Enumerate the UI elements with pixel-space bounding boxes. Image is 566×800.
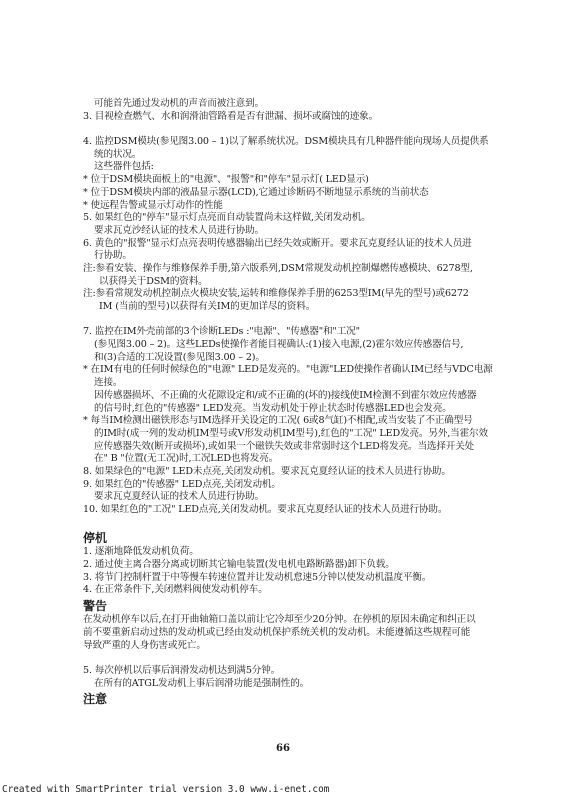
list-item-4: 4. 监控DSM模块(参见图3.00 – 1)以了解系统状况。DSM模块具有几种… (83, 136, 503, 149)
spacer (83, 517, 503, 530)
spacer (83, 123, 503, 136)
bullet-item: * 在IM有电的任何时候绿色的"电源" LED是发亮的。"电源"LED使操作者确… (83, 364, 503, 377)
shutdown-step-3: 3. 将节门控制杆置于中等慢车转速位置并让发动机怠速5分钟以使发动机温度平衡。 (83, 572, 503, 585)
paragraph-line: 连接。 (83, 377, 503, 390)
spacer (83, 652, 503, 665)
list-item-5: 5. 如果红色的"停车"显示灯点亮而自动装置尚未这样做,关闭发动机。 (83, 212, 503, 225)
watermark-footer: Created with SmartPrinter trial version … (2, 784, 329, 795)
note-line: 注:参看安装、操作与维修保养手册,第六版系列,DSM常规发动机控制爆燃传感模块、… (83, 263, 503, 276)
section-heading-shutdown: 停机 (83, 531, 503, 546)
page-number: 66 (0, 743, 566, 754)
paragraph-line: 要求瓦克沙经认证的技术人员进行协助。 (83, 225, 503, 238)
paragraph-line: 可能首先通过发动机的声音而被注意到。 (83, 98, 503, 111)
paragraph-line: 应传感器失效(断开或损坏),或如果一个磁铁失效或非常弱时这个LED将发亮。当选择… (83, 441, 503, 454)
note-continuation: 以获得关于DSM的资料。 (83, 276, 503, 289)
note-line: 注:参看常规发动机控制点火模块安装,运转和维修保养手册的6253型IM(早先的型… (83, 288, 503, 301)
note-continuation: IM (当前的型号)以获得有关IM的更加详尽的资料。 (83, 301, 503, 314)
list-item-8: 8. 如果绿色的"电源" LED未点亮,关闭发动机。要求瓦克夏经认证的技术人员进… (83, 466, 503, 479)
paragraph-line: 因传感器损坏、不正确的火花隙设定和/或不正确的(坏的)接线使IM检测不到霍尔效应… (83, 390, 503, 403)
shutdown-step-2: 2. 通过使主离合器分离或切断其它输电装置(发电机电路断路器)卸下负载。 (83, 559, 503, 572)
document-page: 可能首先通过发动机的声音而被注意到。 3. 目视检查燃气、水和润滑油管路看是否有… (83, 98, 503, 707)
bullet-item: * 位于DSM模块内部的液晶显示器(LCD),它通过诊断码不断地显示系统的当前状… (83, 187, 503, 200)
list-item-3: 3. 目视检查燃气、水和润滑油管路看是否有泄漏、损坏或腐蚀的迹象。 (83, 111, 503, 124)
bullet-item: * 位于DSM模块面板上的"电源"、"报警"和"停车"显示灯( LED显示) (83, 174, 503, 187)
spacer (83, 314, 503, 327)
paragraph-line: 和(3)合适的工况设置(参见图3.00 – 2)。 (83, 352, 503, 365)
list-item-7: 7. 监控在IM外壳前部的3个诊断LEDs :"电源"、"传感器"和"工况" (83, 326, 503, 339)
list-item-10: 10. 如果红色的"工况" LED点亮,关闭发动机。要求瓦克夏经认证的技术人员进… (83, 504, 503, 517)
warning-line: 导致严重的人身伤害或死亡。 (83, 640, 503, 653)
bullet-item: * 使远程告警或显示灯动作的性能 (83, 200, 503, 213)
list-item-9: 9. 如果红色的"传感器" LED点亮,关闭发动机。 (83, 479, 503, 492)
shutdown-step-1: 1. 逐渐地降低发动机负荷。 (83, 546, 503, 559)
paragraph-line: 在所有的ATGL发动机上事后润滑功能是强制性的。 (83, 678, 503, 691)
section-heading-caution: 注意 (83, 692, 503, 707)
paragraph-line: 行协助。 (83, 250, 503, 263)
paragraph-line: 在" B "位置(无工况)时,工况LED也将发亮。 (83, 453, 503, 466)
paragraph-line: 这些器件包括: (83, 161, 503, 174)
paragraph-line: (参见图3.00 – 2)。这些LEDs使操作者能目视确认:(1)接入电源,(2… (83, 339, 503, 352)
shutdown-step-5: 5. 每次停机以后事后润滑发动机达到满5分钟。 (83, 665, 503, 678)
shutdown-step-4: 4. 在正常条件下,关闭燃料阀使发动机停车。 (83, 584, 503, 597)
warning-line: 前不要重新启动过热的发动机或已经由发动机保护系统关机的发动机。未能遵循这些规程可… (83, 627, 503, 640)
paragraph-line: 的信号时,红色的"传感器" LED发亮。当发动机处于停止状态时传感器LED也会发… (83, 403, 503, 416)
paragraph-line: 要求瓦克夏经认证的技术人员进行协助。 (83, 491, 503, 504)
warning-line: 在发动机停车以后,在打开曲轴箱口盖以前让它冷却至少20分钟。在停机的原因未确定和… (83, 614, 503, 627)
paragraph-line: 的IM时(成一列的发动机IM型号或V形发动机IM型号),红色的"工况" LED发… (83, 428, 503, 441)
bullet-item: * 每当IM检测出磁铁形态与IM选择开关设定的工况( 6或8气缸)不相配,或当安… (83, 415, 503, 428)
paragraph-line: 统的状况。 (83, 149, 503, 162)
list-item-6: 6. 黄色的"报警"显示灯点亮表明传感器输出已经失效或断开。要求瓦克夏经认证的技… (83, 238, 503, 251)
section-heading-warning: 警告 (83, 599, 503, 614)
